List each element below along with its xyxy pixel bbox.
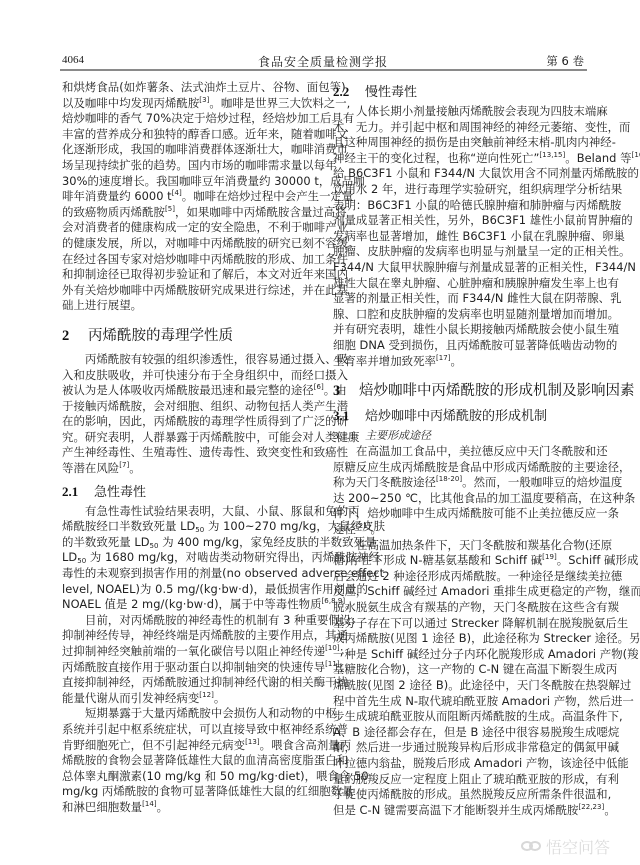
text-line: 原糖反应生成丙烯酰胺是食品中形成丙烯酰胺的主要途径， [333,460,583,476]
text-line: 丙烯酰胺直接作用于驱动蛋白以抑制轴突的快速传导[11]; [62,660,312,676]
text-line: 以及咖啡中均发现丙烯酰胺[3]。咖啡是世界三大饮料之一, [62,96,312,112]
text-line: level, NOAEL)为 0.5 mg/(kg·bw·d)，最低损害作用剂量… [62,582,312,598]
text-line: 并有研究表明，雄性小鼠长期接触丙烯酰胺会使小鼠生殖 [333,322,583,338]
text-line: 和抑制途径已取得初步验证和了解后，本文对近年来国内 [62,267,312,283]
section-number: 3 [333,381,359,401]
text-line: 步生成琥珀酰亚胺从而阻断丙烯酰胺的生成。高温条件下, [333,709,583,725]
section-2-heading: 2丙烯酰胺的毒理学性质 [62,326,312,346]
text-line: 究。研究表明，人群暴露于丙烯酰胺中，可能会对人类健康 [62,430,312,446]
text-line: 反应，Schiff 碱经过 Amadori 重排生成更稳定的产物，继而 [333,584,583,600]
text-line: 毒性的未观察到损害作用的剂量(no observed adverse effec… [62,566,312,582]
text-line: 能量代谢从而引发神经病变[12]。 [62,691,312,707]
text-line: 总体睾丸酮激素(10 mg/kg 和 50 mg/kg·diet)，喂食含 50 [62,769,312,785]
text-line: 发病率也显著增加，雌性 B6C3F1 小鼠在乳腺肿瘤、卵巢 [333,229,583,245]
text-line: 雄性大鼠在睾丸肿瘤、心脏肿瘤和胰腺肿瘤发生率上也有 [333,276,583,292]
volume-label: 第 6 卷 [546,53,584,69]
text-line: mg/kg 丙烯酰胺的食物可显著降低雄性大鼠的红细胞数量 [62,784,312,800]
section-2-1-paragraph-1: 有急性毒性试验结果表明，大鼠、小鼠、豚鼠和兔的丙烯酰胺经口半数致死量 LD50 … [62,504,312,613]
text-line: 且这种周围神经的损伤是由突触前神经末梢-肌肉内神经- [333,135,583,151]
intro-paragraph: 和烘烤食品(如炸薯条、法式油炸土豆片、谷物、面包等)以及咖啡中均发现丙烯酰胺[3… [62,80,312,314]
text-line: 叶拉德内翁盐，脱羧后形成 Amadori 产物，该途径中低能 [333,756,583,772]
left-column: 和烘烤食品(如炸薯条、法式油炸土豆片、谷物、面包等)以及咖啡中均发现丙烯酰胺[3… [62,80,312,816]
text-line: 产生神经毒性、生殖毒性、遗传毒性、致突变性和致癌性 [62,445,312,461]
text-line: 丙烯酰胺有较强的组织渗透性，很容易通过摄入、吸 [62,352,312,368]
text-line: 基分子存在下可以通过 Strecker 降解机制在脱羧脱氨后生 [333,616,583,632]
text-line: 和淋巴细胞数量[14]。 [62,800,312,816]
section-2-1-paragraph-2: 目前，对丙烯酰胺的神经毒性的机制有 3 种重要假设:抑制神经传导，神经终端是丙烯… [62,613,312,707]
text-line: 入和皮肤吸收，并可快速分布于全身组织中，而经口摄入 [62,368,312,384]
text-line: 饮用水 2 年，进行毒理学实验研究，组织病理学分析结果 [333,182,583,198]
section-title: 丙烯酰胺的毒理学性质 [88,328,233,344]
section-number: 3.1 [333,407,365,425]
watermark: 悟空问答 [520,836,635,860]
text-line: 达 200~250 ℃，比其他食品的加工温度要稍高，在这种条 [333,491,583,507]
text-line: 酮，然后进一步通过脱羧异构后形成非常稳定的偶氮甲碱 [333,740,583,756]
section-number: 2 [62,326,88,346]
section-2-2-heading: 2.2慢性毒性 [333,83,583,101]
text-line: 有急性毒性试验结果表明，大鼠、小鼠、豚鼠和兔的丙 [62,504,312,520]
right-column: 2.2慢性毒性 人体长期小剂量接触丙烯酰胺会表现为四肢末端麻木、无力。并引起中枢… [333,80,583,818]
text-line: 糖)存在下形成 N-糖基氨基酸和 Schiff 碱[19]。Schiff 碱形成 [333,553,583,569]
text-line: 程中首先生成 N-取代琥珀酰亚胺 Amadori 产物，然后进一 [333,694,583,710]
text-line: 途径[21]。 [333,522,583,538]
section-2-1-heading: 2.1急性毒性 [62,483,312,501]
text-line: 量的脱羧反应一定程度上阻止了琥珀酰亚胺的形成，有利 [333,772,583,788]
page-header: 4064 食品安全质量检测学报 第 6 卷 [60,52,586,70]
text-line: 的健康发展，所以，对咖啡中丙烯酰胺的研究已刻不容缓。 [62,236,312,252]
text-line: NOAEL 值是 2 mg/(kg·bw·d)，属于中等毒性物质[6,8,9]。 [62,597,312,613]
section-title: 慢性毒性 [365,85,417,100]
text-line: 在经过各国专家对焙炒咖啡中丙烯酰胺的形成、加工条件 [62,252,312,268]
text-line: 外有关焙炒咖啡中丙烯酰胺研究成果进行综述，并在此基 [62,283,312,299]
section-2-paragraph: 丙烯酰胺有较强的组织渗透性，很容易通过摄入、吸入和皮肤吸收，并可快速分布于全身组… [62,352,312,477]
text-line: 烯酰胺经口半数致死量 LD50 为 100~270 mg/kg，大鼠经皮肤 [62,519,312,535]
text-line: 烯酰胺的食物会显著降低雄性大鼠的血清高密度脂蛋白和 [62,753,312,769]
wukong-logo-icon [520,836,542,860]
text-line: 啡年消费量约 6000 t[4]。咖啡在焙炒过程中会产生一定量 [62,189,312,205]
text-line: 一种是 Schiff 碱经过分子内环化脱羧形成 Amadori 产物(羧 [333,647,583,663]
text-line: 焙炒咖啡的香气 70%决定于焙炒过程，经焙炒加工后具有 [62,111,312,127]
text-line: 直接抑制神经，丙烯酰胺通过抑制神经代谢的相关酶干扰 [62,675,312,691]
text-line: 脱水脱氨生成含有羰基的产物，天门冬酰胺在这些含有羰 [333,600,583,616]
text-line: 丰富的营养成分和独特的醇香口感。近年来，随着咖啡文 [62,127,312,143]
text-line: 会对消费者的健康构成一定的安全隐患，不利于咖啡产业 [62,220,312,236]
text-line: 系统并引起中枢系统症状，可以直接导致中枢神经系统普 [62,722,312,738]
text-line: 肯野细胞死亡，但不引起神经元病变[13]。喂食含高剂量丙 [62,738,312,754]
text-line: 表明：B6C3F1 小鼠的哈德氏腺肿瘤和肺肿瘤与丙烯酰胺 [333,198,583,214]
section-number: 3.1.1 [333,428,365,444]
text-line: 称为天门冬酰胺途径[18-20]。然而，一般咖啡豆的焙炒温度 [333,475,583,491]
text-line: 础上进行展望。 [62,298,312,314]
journal-title: 食品安全质量检测学报 [60,53,586,70]
text-line: 短期暴露于大量丙烯酰胺中会损伤人和动物的中枢 [62,706,312,722]
text-line: 30%的速度增长。我国咖啡豆年消费量约 30000 t，成品咖 [62,174,312,190]
text-line: 生育率并增加致死率[17]。 [333,354,583,370]
section-3-1-1-paragraph-1: 在高温加工食品中，美拉德反应中天门冬酰胺和还原糖反应生成丙烯酰胺是食品中形成丙烯… [333,444,583,538]
text-line: 在高温加工食品中，美拉德反应中天门冬酰胺和还 [333,444,583,460]
section-3-1-1-paragraph-2: 在高温加热条件下，天门冬酰胺和羰基化合物(还原糖)存在下形成 N-糖基氨基酸和 … [333,538,583,819]
text-line: 神经主干的变化过程，也称“逆向性死亡”[13,15]。Beland 等[16] [333,151,583,167]
section-number: 2.2 [333,83,365,101]
text-line: 给 B6C3F1 小鼠和 F344/N 大鼠饮用含不同剂量丙烯酰胺的 [333,166,583,182]
section-title: 焙炒咖啡中丙烯酰胺的形成机制及影响因素 [359,383,635,399]
text-line: 在高温加热条件下，天门冬酰胺和羰基化合物(还原 [333,538,583,554]
text-line: 腺、口腔和皮肤肿瘤的发病率也明显随剂量增加而增加。 [333,307,583,323]
text-line: 目前，对丙烯酰胺的神经毒性的机制有 3 种重要假设: [62,613,312,629]
section-title: 急性毒性 [94,485,146,500]
header-rule [60,69,587,71]
text-line: 于促使丙烯酰胺的形成。虽然脱羧反应所需条件很温和, [333,787,583,803]
section-3-heading: 3焙炒咖啡中丙烯酰胺的形成机制及影响因素 [333,381,583,401]
text-line: 成丙烯酰胺(见图 1 途径 B)，此途径称为 Strecker 途径。另 [333,631,583,647]
text-line: 木、无力。并引起中枢和周围神经的神经元萎缩、变性，而 [333,120,583,136]
section-title: 主要形成途径 [365,429,431,442]
text-line: 场呈现持续扩张的趋势。国内市场的咖啡需求量以每年 [62,158,312,174]
watermark-text: 悟空问答 [546,838,610,857]
text-line: 肿瘤、皮肤肿瘤的发病率也明显与剂量呈一定的正相关性。 [333,244,583,260]
section-2-2-paragraph: 人体长期小剂量接触丙烯酰胺会表现为四肢末端麻木、无力。并引起中枢和周围神经的神经… [333,104,583,369]
text-line: 剂量成显著正相关性，另外，B6C3F1 雄性小鼠前胃肿瘤的 [333,213,583,229]
text-line: A、B 途径都会存在，但是 B 途径中很容易脱羧生成噁烷 [333,725,583,741]
text-line: F344/N 大鼠甲状腺肿瘤与剂量成显著的正相关性，F344/N [333,260,583,276]
text-line: 抑制神经传导，神经终端是丙烯酰胺的主要作用点，其通 [62,628,312,644]
text-line: 烯酰胺(见图 2 途径 B)。此途径中，天门冬酰胺在热裂解过 [333,678,583,694]
text-line: 被认为是人体吸收丙烯酰胺最迅速和最完整的途径[6]。由 [62,383,312,399]
text-line: 于接触丙烯酰胺，会对细胞、组织、动物包括人类产生潜 [62,399,312,415]
text-line: 在的影响，因此，丙烯酰胺的毒理学性质得到了广泛的研 [62,414,312,430]
text-line: 和烘烤食品(如炸薯条、法式油炸土豆片、谷物、面包等) [62,80,312,96]
text-line: 的半数致死量 LD50 为 400 mg/kg，家兔经皮肤的半数致死量 [62,535,312,551]
section-title: 焙炒咖啡中丙烯酰胺的形成机制 [365,409,547,424]
section-number: 2.1 [62,483,94,501]
section-2-1-paragraph-3: 短期暴露于大量丙烯酰胺中会损伤人和动物的中枢系统并引起中枢系统症状，可以直接导致… [62,706,312,815]
text-line: 人体长期小剂量接触丙烯酰胺会表现为四肢末端麻 [333,104,583,120]
text-line: 显著的剂量正相关性，而 F344/N 雌性大鼠在阴蒂腺、乳 [333,291,583,307]
text-line: 等潜在风险[7]。 [62,461,312,477]
text-line: 细胞 DNA 受到损伤，且丙烯酰胺可显著降低啮齿动物的 [333,338,583,354]
text-line: 件下，焙炒咖啡中生成丙烯酰胺可能不止美拉德反应一条 [333,506,583,522]
text-line: 基糖胺化合物)，这一产物的 C-N 键在高温下断裂生成丙 [333,662,583,678]
text-line: 但是 C-N 键需要高温下才能断裂并生成丙烯酰胺[22,23]。 [333,803,583,819]
text-line: 后会通过 2 种途径形成丙烯酰胺。一种途径是继续美拉德 [333,569,583,585]
text-line: 化逐渐形成，我国的咖啡消费群体逐渐壮大，咖啡消费市 [62,142,312,158]
text-line: 的致癌物质丙烯酰胺[5]，如果咖啡中丙烯酰胺含量过高将 [62,205,312,221]
section-3-1-heading: 3.1焙炒咖啡中丙烯酰胺的形成机制 [333,407,583,425]
section-3-1-1-heading: 3.1.1主要形成途径 [333,428,583,444]
text-line: LD50 为 1680 mg/kg，对啮齿类动物研究得出，丙烯酰胺神经 [62,550,312,566]
text-line: 过抑制神经突触前端的一氧化碳信号以阻止神经传递[10]; [62,644,312,660]
